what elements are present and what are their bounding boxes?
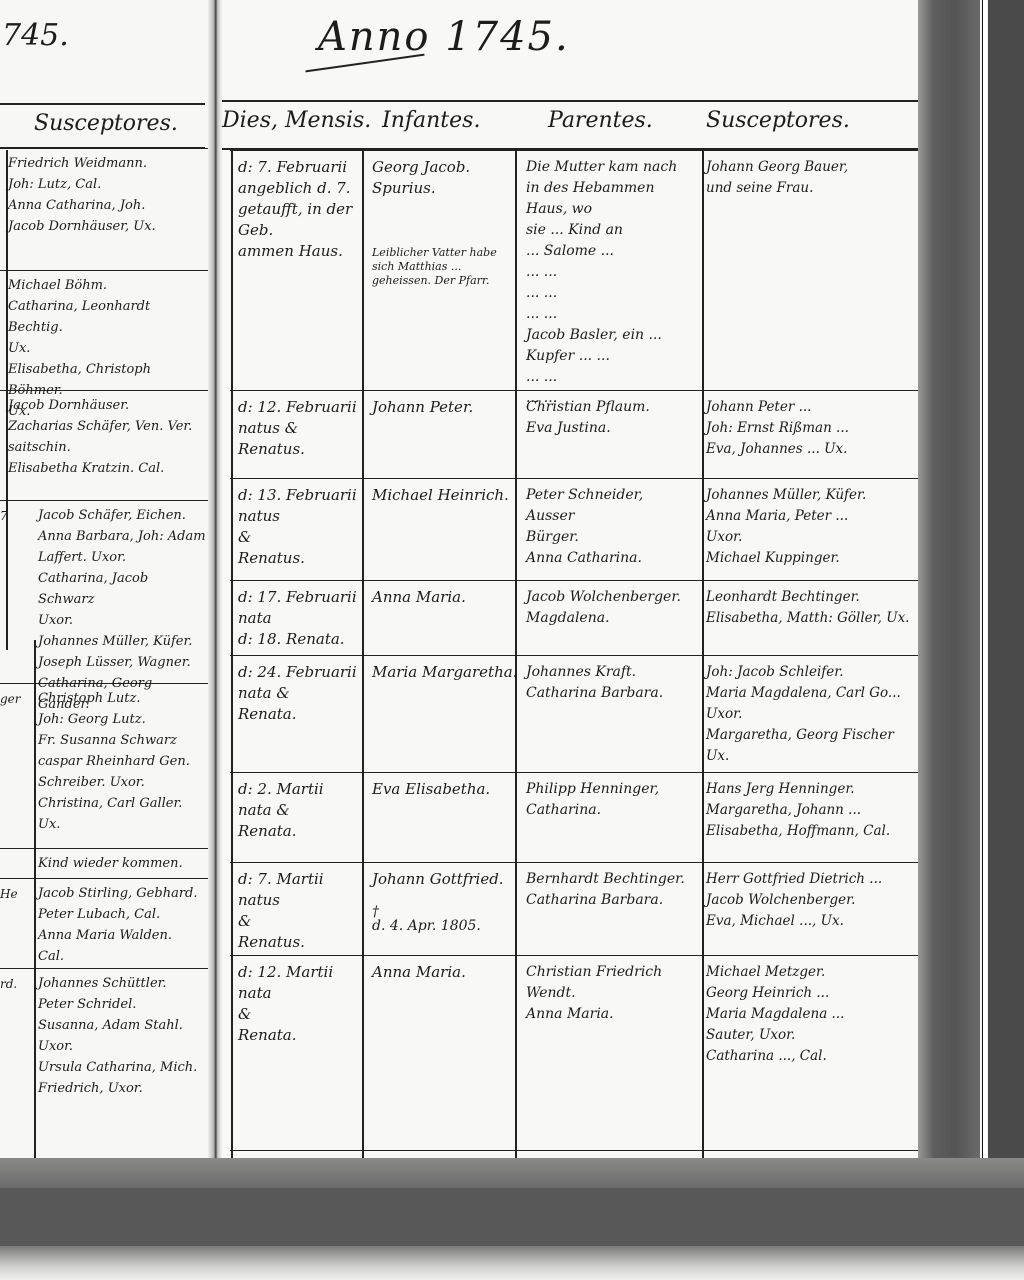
left-entry-sponsors: Friedrich Weidmann. Joh: Lutz, Cal. Anna… [8,153,206,237]
entry-date: d: 17. Februarii nata d: 18. Renata. [238,587,358,650]
entry-parents: Johannes Kraft. Catharina Barbara. [526,662,696,704]
left-entry: Johannes Schüttler. Peter Schridel. Susa… [0,968,210,969]
table-bottom-rule [230,1150,920,1151]
entry-parents: Philipp Henninger, Catharina. [526,779,696,821]
entry-sponsors: Herr Gottfried Dietrich ... Jacob Wolche… [706,869,920,932]
entry-parents: Jacob Wolchenberger. Magdalena. [526,587,696,629]
entry-infant: Anna Maria. [372,962,522,983]
register-header: Dies, Mensis. Infantes. Parentes. Suscep… [222,100,920,150]
frame-right [988,0,1024,1280]
entry-sponsors: Johannes Müller, Küfer. Anna Maria, Pete… [706,485,920,569]
register-entry: d: 24. Februarii nata & Renata.Maria Mar… [230,655,920,773]
header-dies-mensis: Dies, Mensis. [222,108,371,133]
entry-date: d: 12. Martii nata & Renata. [238,962,358,1046]
left-entry-sponsors: Johannes Schüttler. Peter Schridel. Susa… [38,973,206,1099]
entry-date: d: 12. Februarii natus & Renatus. [238,397,358,460]
left-margin-divider [34,640,36,1160]
left-entry: Friedrich Weidmann. Joh: Lutz, Cal. Anna… [0,148,210,149]
entry-infant: Maria Margaretha. [372,662,522,683]
left-entry: Michael Böhm. Catharina, Leonhardt Becht… [0,270,210,271]
bottom-shadow [0,1158,1024,1188]
left-entry: Jacob Dornhäuser. Zacharias Schäfer, Ven… [0,390,210,391]
frame-edge [982,0,987,1160]
entry-date: d: 7. Martii natus & Renatus. [238,869,358,953]
entry-sponsors: Hans Jerg Henninger. Margaretha, Johann … [706,779,920,842]
left-entry-sponsors: Jacob Stirling, Gebhard. Peter Lubach, C… [38,883,206,967]
entry-sponsors: Michael Metzger. Georg Heinrich ... Mari… [706,962,920,1067]
register-entry: d: 2. Martii nata & Renata.Eva Elisabeth… [230,772,920,863]
left-entry-margin-mark: rd. [0,977,30,991]
header-infantes: Infantes. [382,108,480,133]
header-parentes: Parentes. [548,108,653,133]
register-entry: d: 7. Februarii angeblich d. 7. getaufft… [230,150,920,391]
entry-infant: Michael Heinrich. [372,485,522,506]
entry-parents: Christian Pflaum. Eva Justina. [526,397,696,439]
left-entry-margin-mark: 7 [0,509,30,523]
entry-sponsors: Leonhardt Bechtinger. Elisabetha, Matth:… [706,587,920,629]
entry-date: d: 24. Februarii nata & Renata. [238,662,358,725]
entry-infant: Georg Jacob. Spurius. [372,157,522,199]
left-entry: Jacob Stirling, Gebhard. Peter Lubach, C… [0,878,210,879]
register-entry: d: 13. Februarii natus & Renatus.Michael… [230,478,920,581]
entry-sponsors: Johann Peter ... Joh: Ernst Rißman ... E… [706,397,920,460]
left-entry: Kind wieder kommen. [0,848,210,849]
header-susceptores: Susceptores. [706,108,850,133]
entry-infant: Anna Maria. [372,587,522,608]
left-page-year: 745. [2,18,69,53]
book-gutter [208,0,222,1160]
left-entry-margin-mark: He [0,887,30,901]
entry-infant-note: Leiblicher Vatter habe sich Matthias ...… [372,246,522,288]
entry-infant: Eva Elisabetha. [372,779,522,800]
left-header-susceptores: Susceptores. [34,111,178,136]
register-entry: d: 7. Martii natus & Renatus.Johann Gott… [230,862,920,956]
entry-infant-note: † d. 4. Apr. 1805. [372,905,522,933]
entry-parents: Die Mutter kam nach in des Hebammen Haus… [526,157,696,409]
page-title: Anno 1745. [318,14,570,60]
left-header: Susceptores. [0,103,205,149]
register-entry: d: 12. Februarii natus & Renatus.Johann … [230,390,920,479]
left-entry-margin-mark: ger [0,692,30,706]
register-entry: d: 12. Martii nata & Renata.Anna Maria.C… [230,955,920,1161]
entry-date: d: 13. Februarii natus & Renatus. [238,485,358,569]
entry-date: d: 2. Martii nata & Renata. [238,779,358,842]
left-entry-sponsors: Kind wieder kommen. [38,853,206,874]
entry-infant: Johann Peter. [372,397,522,418]
bottom-page-strip [0,1246,1024,1280]
left-entry-sponsors: Christoph Lutz. Joh: Georg Lutz. Fr. Sus… [38,688,206,835]
left-page: 745. Susceptores. Friedrich Weidmann. Jo… [0,0,215,1160]
entry-parents: Christian Friedrich Wendt. Anna Maria. [526,962,696,1025]
left-entry: Christoph Lutz. Joh: Georg Lutz. Fr. Sus… [0,683,210,684]
left-entry-sponsors: Jacob Dornhäuser. Zacharias Schäfer, Ven… [8,395,206,479]
bottom-frame-bar [0,1188,1024,1246]
entry-parents: Peter Schneider, Ausser Bürger. Anna Cat… [526,485,696,569]
entry-infant: Johann Gottfried. [372,869,522,890]
entry-date: d: 7. Februarii angeblich d. 7. getaufft… [238,157,358,262]
left-entry: Jacob Schäfer, Eichen. Anna Barbara, Joh… [0,500,210,501]
register-entry: d: 17. Februarii nata d: 18. Renata.Anna… [230,580,920,656]
entry-parents: Bernhardt Bechtinger. Catharina Barbara. [526,869,696,911]
entry-sponsors: Johann Georg Bauer, und seine Frau. [706,157,920,199]
book-edge-shadow [918,0,980,1160]
entry-sponsors: Joh: Jacob Schleifer. Maria Magdalena, C… [706,662,920,767]
